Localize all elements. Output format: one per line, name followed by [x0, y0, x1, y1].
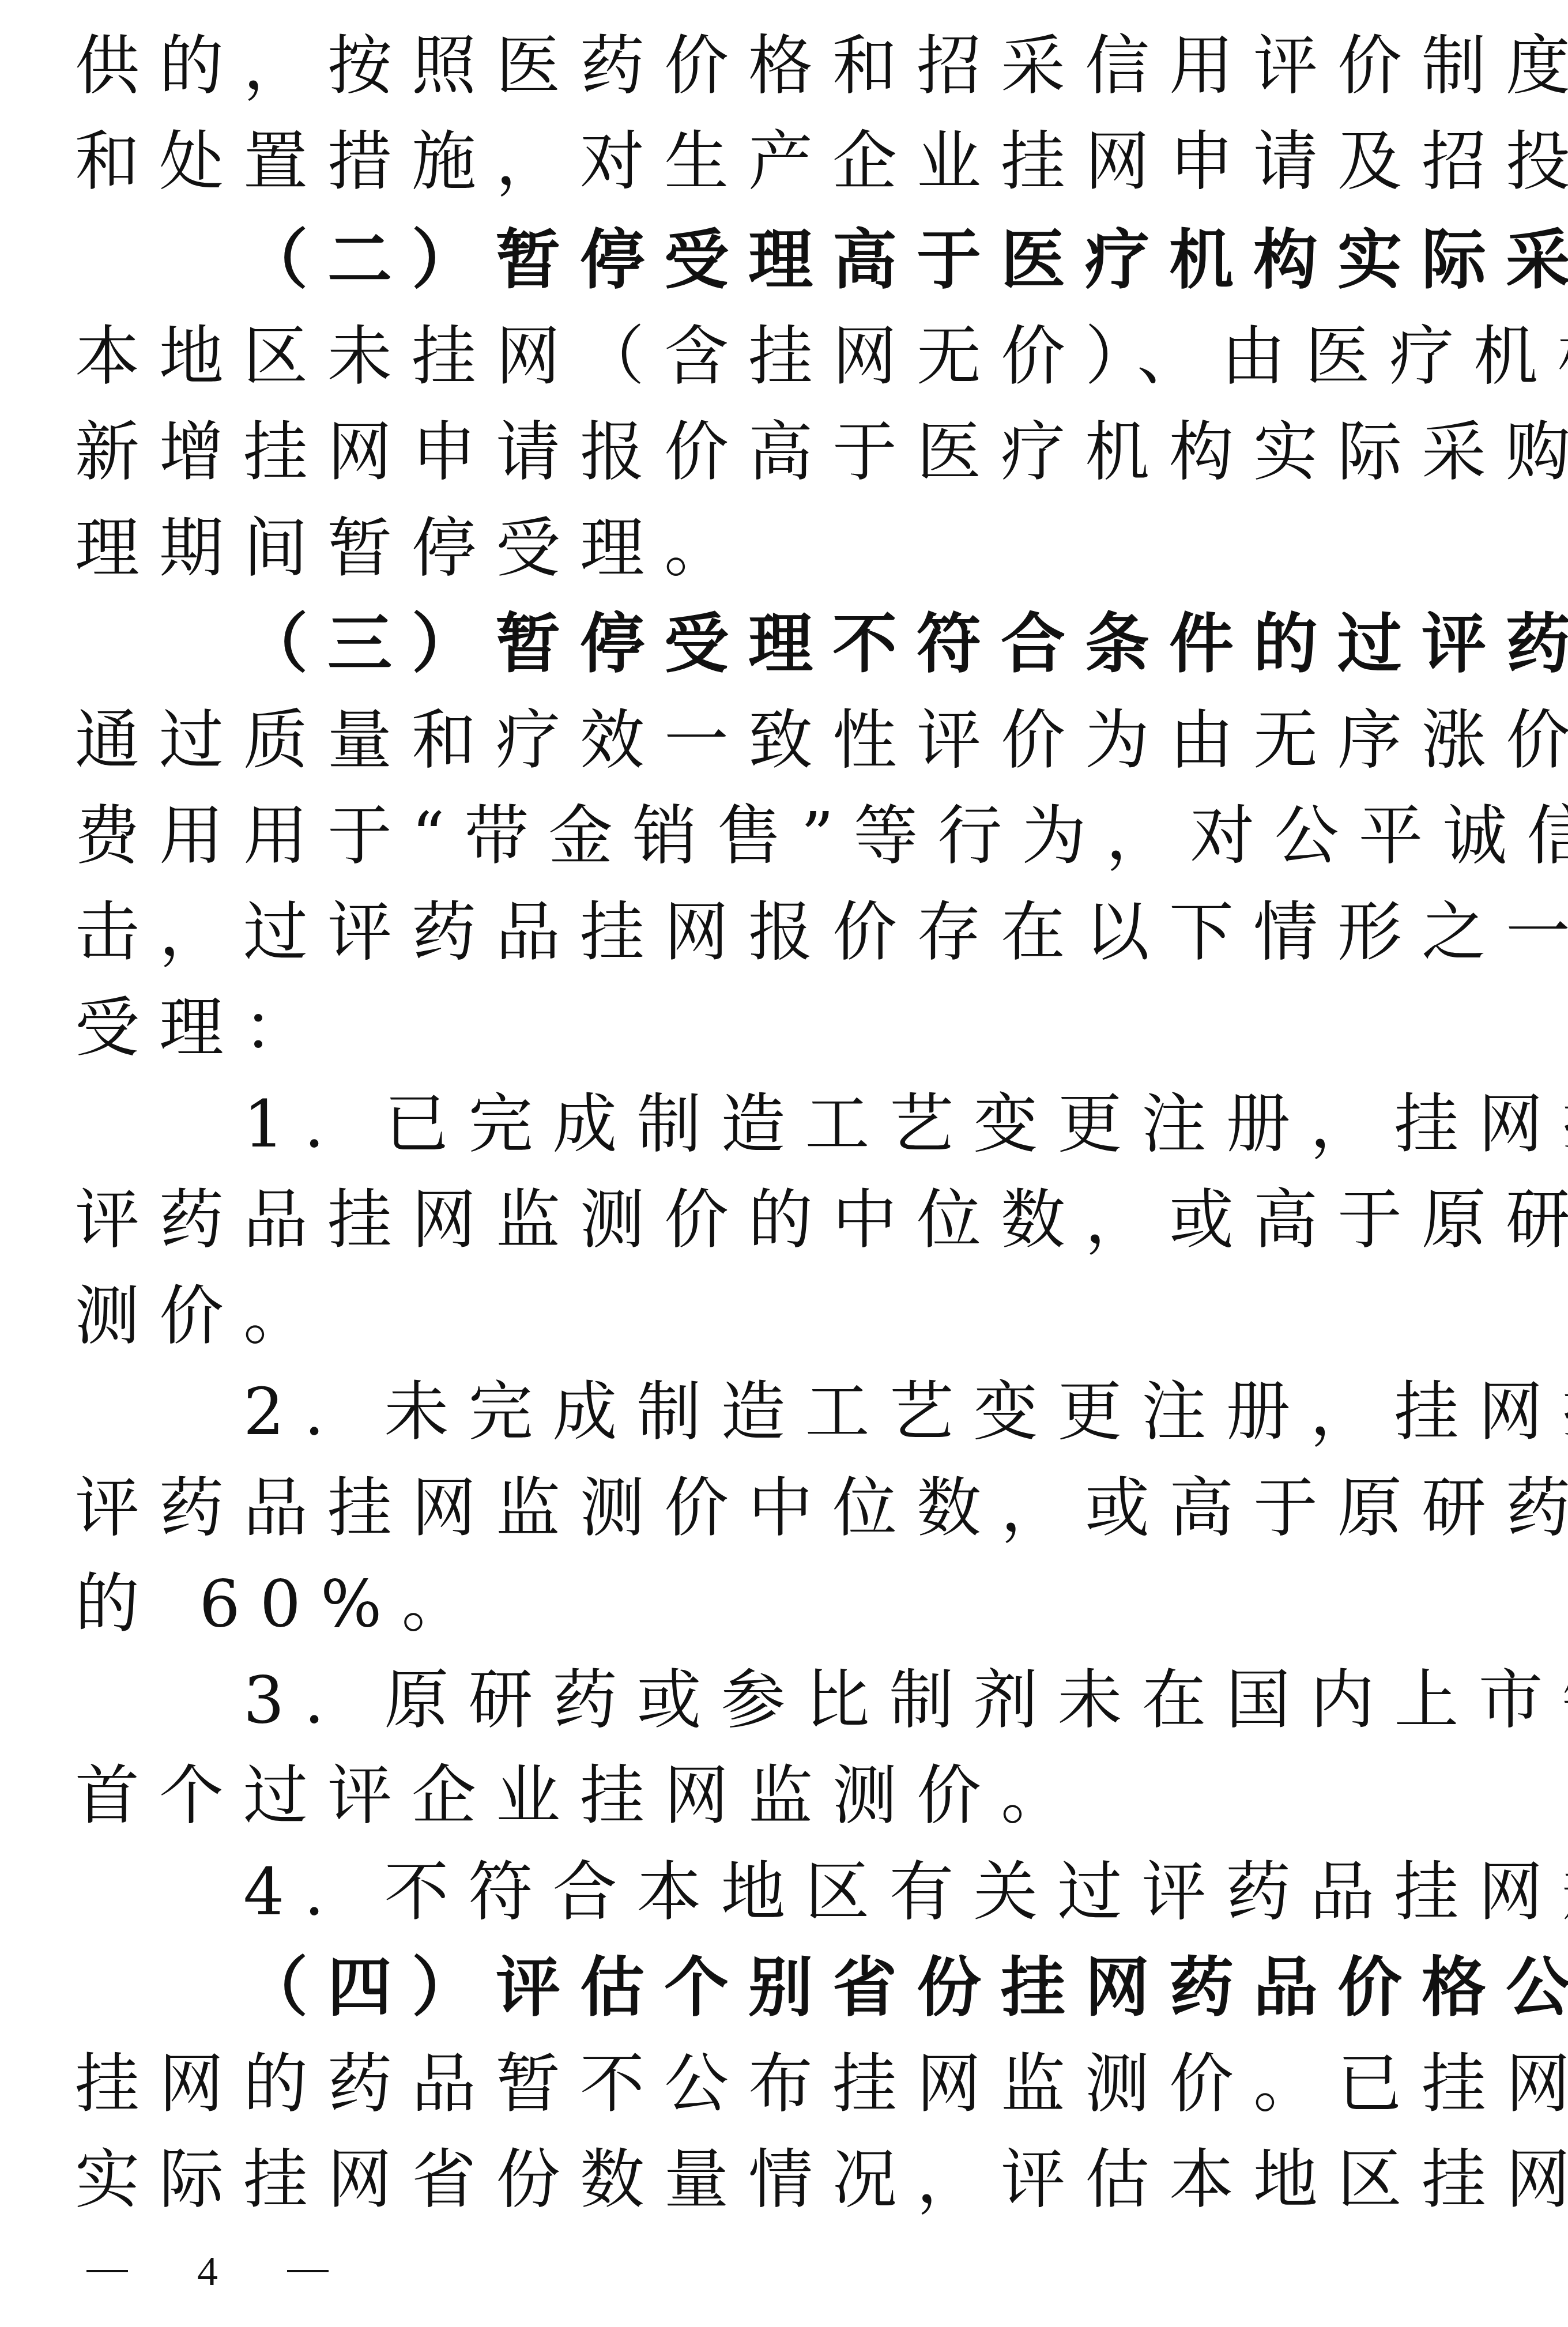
heading-bold-text: （四）评估个别省份挂网药品价格公允性。 [243, 1950, 1568, 2026]
section-heading-4: （四）评估个别省份挂网药品价格公允性。仅在 1—2 个省份 [243, 1945, 1516, 2031]
text-line: 供的，按照医药价格和招采信用评价制度相关规定实施信用评价 [75, 23, 1516, 110]
text-line: 新增挂网申请报价高于医疗机构实际采购价格中位数的，专项治 [75, 409, 1516, 496]
text-line: 的 60%。 [75, 1561, 1516, 1647]
text-line: 首个过评企业挂网监测价。 [75, 1753, 1516, 1839]
text-line: 挂网的药品暂不公布挂网监测价。已挂网省份要了解掌握该药品 [75, 2041, 1516, 2128]
text-line: 通过质量和疗效一致性评价为由无序涨价、过度涨价、虚增成本 [75, 697, 1516, 784]
text-line: 实际挂网省份数量情况，评估本地区挂网价格公允性和价格风 [75, 2137, 1516, 2223]
list-item-2: 2. 未完成制造工艺变更注册，挂网报价高于同通用名其他过 [243, 1369, 1516, 1455]
section-heading-2: （二）暂停受理高于医疗机构实际采购价药品挂网申请。在 [243, 217, 1516, 304]
dash-left [86, 2270, 128, 2272]
list-item-3: 3. 原研药或参比制剂未在国内上市销售，后续挂网药品超过 [243, 1657, 1516, 1744]
page-number: 4 [197, 2237, 218, 2306]
text-line: 评药品挂网监测价的中位数，或高于原研药、参比制剂挂网监 [75, 1177, 1516, 1264]
text-line: 和处置措施，对生产企业挂网申请及招投标资格进行相应约束。 [75, 119, 1516, 205]
text-line: 本地区未挂网（含挂网无价）、由医疗机构分散议价采购的药品， [75, 314, 1516, 400]
text-line: 费用用于“带金销售”等行为，对公平诚信定价的药品造成冲 [75, 793, 1516, 880]
document-page: 供的，按照医药价格和招采信用评价制度相关规定实施信用评价 和处置措施，对生产企业… [0, 0, 1568, 2327]
heading-bold-text: （三）暂停受理不符合条件的过评药品挂网申请。 [243, 606, 1568, 682]
heading-bold-text: （二）暂停受理高于医疗机构实际采购价药品挂网申请。 [243, 222, 1568, 298]
list-item-1: 1. 已完成制造工艺变更注册，挂网报价高于同通用名其他过 [243, 1081, 1516, 1168]
section-heading-3: （三）暂停受理不符合条件的过评药品挂网申请。为防范以 [243, 601, 1516, 688]
text-line: 击，过评药品挂网报价存在以下情形之一，专项治理期间暂停 [75, 889, 1516, 976]
dash-right [287, 2270, 329, 2272]
text-line: 测价。 [75, 1273, 1516, 1360]
text-line: 理期间暂停受理。 [75, 506, 1516, 592]
text-line: 受理： [75, 985, 1516, 1072]
page-number-footer: 4 [86, 2237, 329, 2306]
list-item-4: 4. 不符合本地区有关过评药品挂网规则要求的其他情形。 [243, 1849, 1516, 1936]
text-line: 评药品挂网监测价中位数，或高于原研药、参比制剂挂网监测价 [75, 1465, 1516, 1552]
